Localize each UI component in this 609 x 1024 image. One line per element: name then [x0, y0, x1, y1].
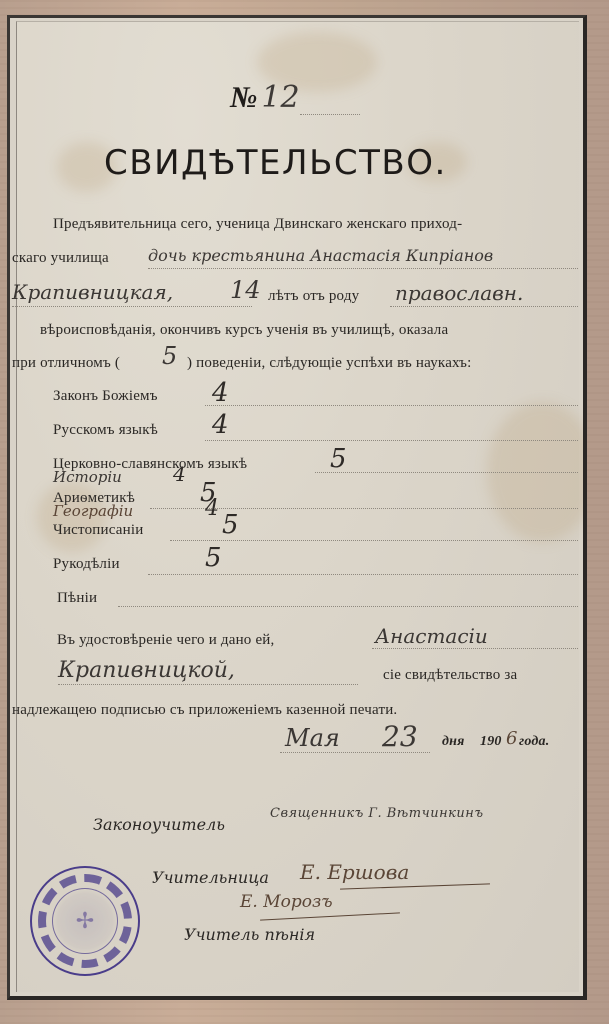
date-month: Мая — [285, 724, 340, 752]
fill-line — [148, 574, 578, 575]
fill-line — [315, 472, 578, 473]
signature-role-priest: Законоучитель — [93, 815, 225, 834]
recipient-name: Анастасіи — [375, 624, 488, 648]
student-age: 14 — [230, 276, 261, 304]
fill-line — [148, 268, 578, 269]
fill-line — [372, 648, 578, 649]
body-line-3-mid: лѣтъ отъ роду — [268, 288, 359, 305]
attestation-line-1: Въ удостовѣреніе чего и дано ей, — [57, 632, 274, 649]
subject-grade: 4 — [212, 378, 229, 408]
subject-label: Законъ Божіемъ — [53, 388, 158, 405]
attestation-line-2: сіе свидѣтельство за — [383, 667, 517, 684]
signature-priest: Священникъ Г. Вѣтчинкинъ — [270, 806, 484, 821]
student-surname: Крапивницкая, — [12, 280, 173, 304]
fill-line — [58, 684, 358, 685]
page-title: СВИДѢТЕЛЬСТВО. — [104, 143, 447, 183]
signature-role-singing-teacher: Учитель пѣнія — [184, 925, 315, 944]
recipient-surname: Крапивницкой, — [58, 658, 235, 683]
body-line-2-prefix: скаго училища — [12, 250, 109, 267]
date-year-label: года. — [519, 734, 549, 750]
subject-label: Рукодѣліи — [53, 556, 120, 573]
subject-grade: 5 — [330, 444, 347, 474]
fill-line — [390, 306, 578, 307]
subject-label: Пѣніи — [57, 590, 97, 607]
subject-grade: 4 — [205, 496, 219, 521]
fill-line — [205, 405, 578, 406]
date-year-prefix: 190 — [480, 734, 502, 750]
body-line-4: вѣроисповѣданія, окончивъ курсъ ученія в… — [40, 322, 448, 339]
body-line-5-prefix: при отличномъ ( — [12, 355, 120, 372]
fill-line — [280, 752, 430, 753]
body-line-5-suffix: ) поведеніи, слѣдующіе успѣхи въ наукахъ… — [187, 355, 472, 372]
signature-teacher: Е. Ершова — [300, 860, 409, 884]
seal-inner-circle: ✢ — [52, 888, 118, 954]
date-day-label: дня — [442, 734, 465, 750]
subject-grade: 4 — [173, 462, 186, 486]
fill-line — [205, 440, 578, 441]
subject-grade: 5 — [205, 543, 222, 573]
subject-label: Чистописаніи — [53, 522, 143, 539]
subject-grade: 4 — [212, 410, 229, 440]
number-underline — [300, 114, 360, 115]
subject-label: Русскомъ языкѣ — [53, 422, 158, 439]
attestation-line-3: надлежащею подписью съ приложеніемъ казе… — [12, 702, 397, 719]
body-line-1: Предъявительница сего, ученица Двинскаго… — [53, 216, 462, 233]
number-value: 12 — [261, 80, 299, 115]
conduct-grade: 5 — [162, 342, 177, 370]
signature-role-teacher: Учительница — [152, 868, 269, 887]
fill-line — [170, 540, 578, 541]
student-faith: православн. — [395, 281, 523, 305]
subject-label-handwritten: Исторіи — [53, 468, 122, 486]
date-year-digit: 6 — [506, 728, 517, 749]
number-label: № — [230, 81, 257, 114]
date-day: 23 — [382, 720, 418, 753]
certificate-number: № 12 — [230, 80, 300, 115]
official-seal-stamp: ✢ — [30, 866, 140, 976]
fill-line — [12, 306, 252, 307]
seal-emblem-icon: ✢ — [76, 908, 94, 934]
subject-grade: 5 — [222, 510, 239, 540]
student-origin-and-name: дочь крестьянина Анастасія Кипріанов — [148, 246, 493, 265]
signature-singing-teacher: Е. Морозъ — [240, 892, 333, 912]
fill-line — [118, 606, 578, 607]
subject-label-handwritten: Географіи — [53, 502, 133, 520]
